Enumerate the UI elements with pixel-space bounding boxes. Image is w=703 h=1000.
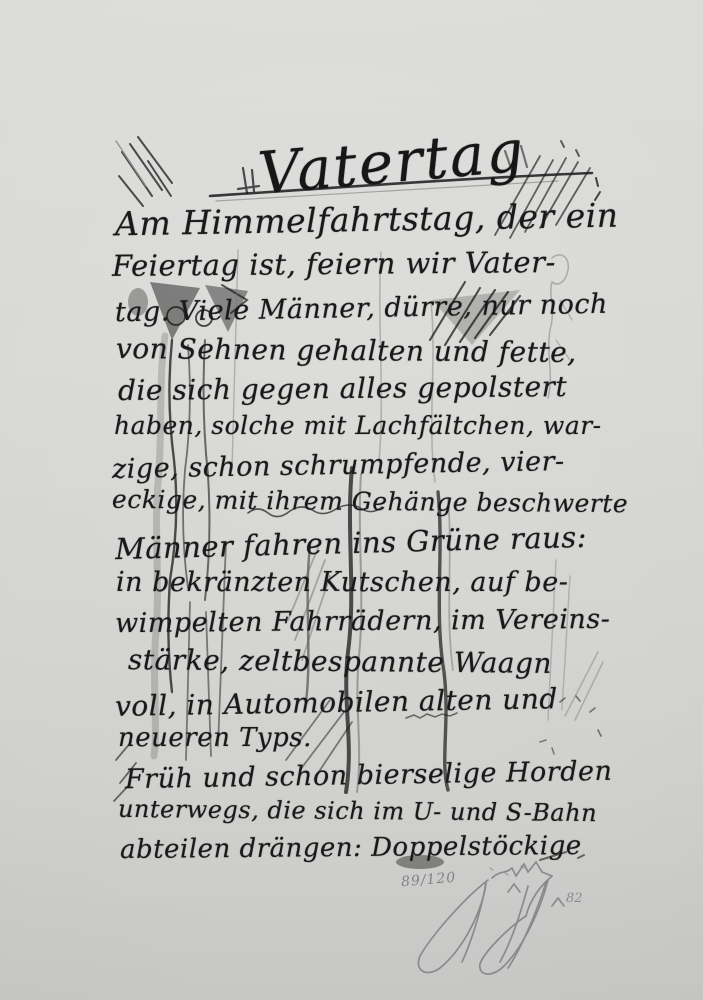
- handwritten-line-12: stärke, zeltbespannte Waagn: [128, 643, 552, 680]
- handwritten-line-16: unterwegs, die sich im U- und S-Bahn: [118, 795, 597, 827]
- handwritten-line-11: wimpelten Fahrrädern, im Vereins-: [115, 604, 611, 639]
- hatch-top-left: [116, 137, 259, 206]
- handwritten-line-6: haben, solche mit Lachfältchen, war-: [114, 411, 602, 440]
- signature-year-mark: 82: [566, 891, 583, 906]
- handwritten-line-17: abteilen drängen: Doppelstöckige: [120, 831, 582, 865]
- handwritten-line-10: in bekränzten Kutschen, auf be-: [116, 567, 568, 598]
- handwritten-line-5: die sich gegen alles gepolstert: [118, 370, 567, 407]
- handwritten-line-4: von Sehnen gehalten und fette,: [116, 332, 577, 369]
- figure-sketch-right: [548, 255, 603, 720]
- handwritten-line-8: eckige, mit ihrem Gehänge beschwerte: [112, 485, 628, 519]
- lithograph-photo: 82 Vatertag Am Himmelfahrtstag, der ein …: [0, 0, 703, 1000]
- handwritten-line-2: Feiertag ist, feiern wir Vater-: [112, 245, 556, 283]
- handwritten-line-14: neueren Typs.: [118, 723, 312, 753]
